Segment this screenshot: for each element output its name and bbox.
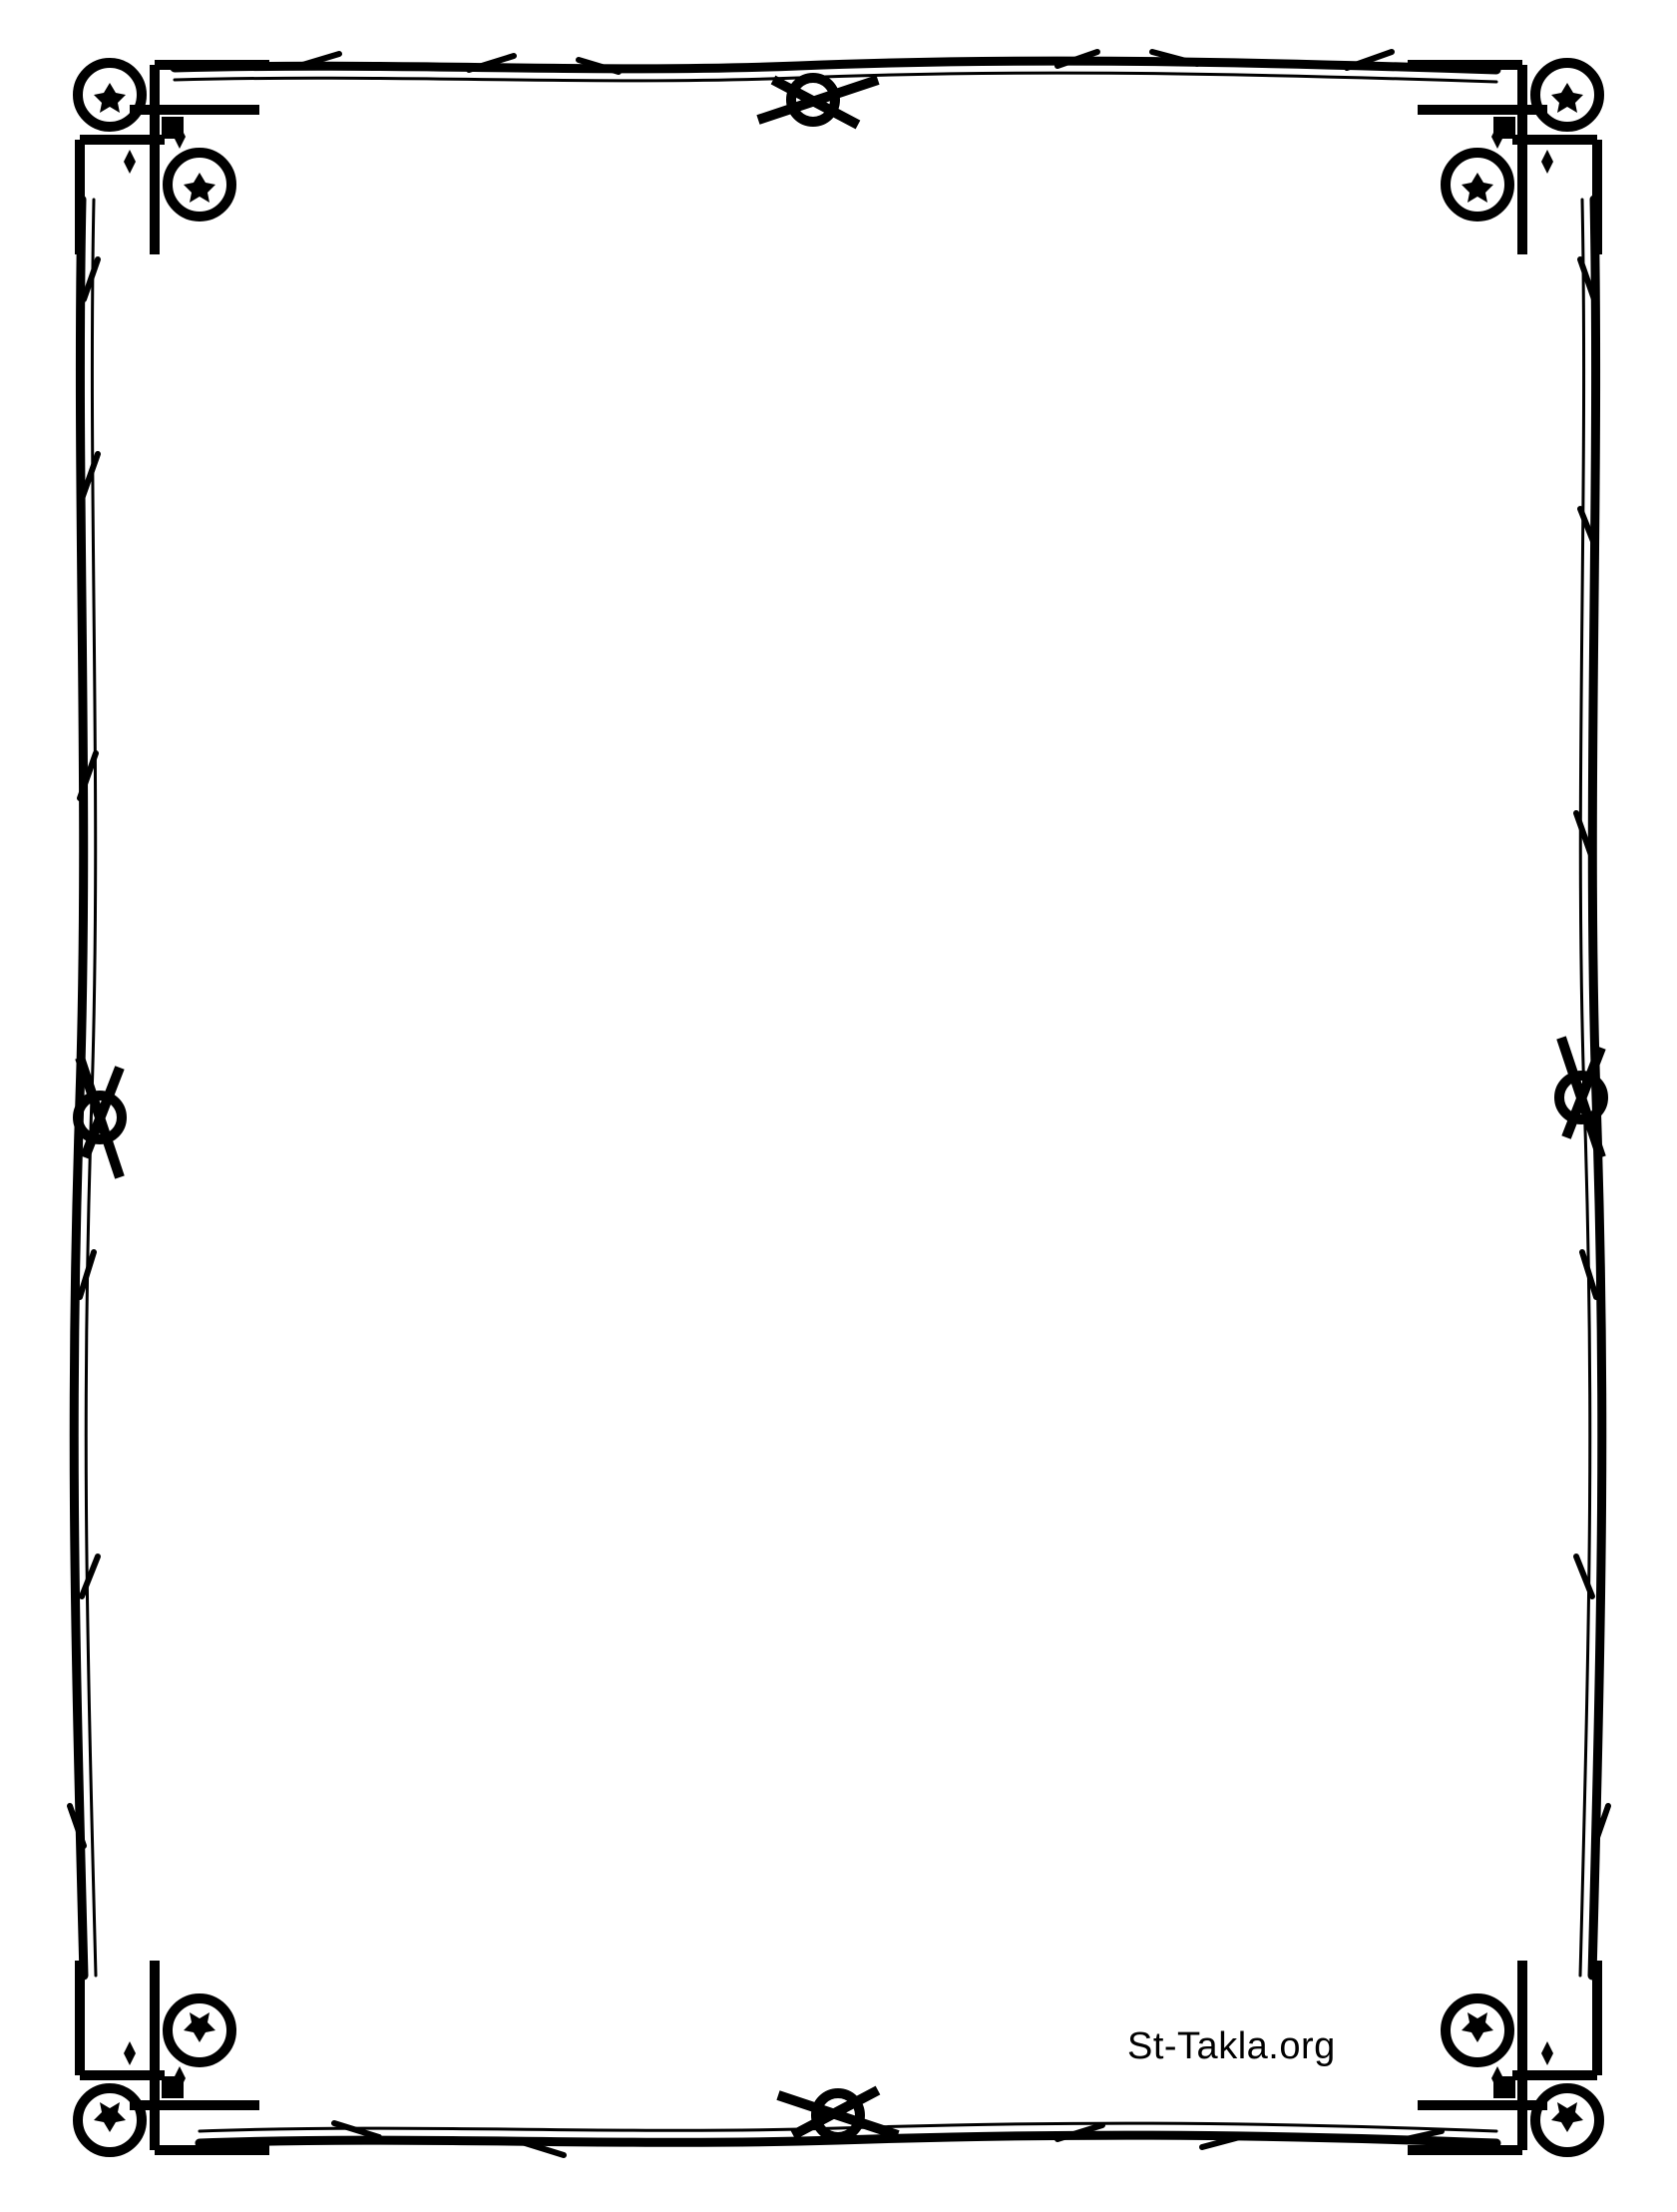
corner-knot-top-right bbox=[1408, 63, 1599, 254]
decorative-border-frame bbox=[0, 0, 1677, 2212]
knot-top-center bbox=[758, 78, 878, 125]
corner-knot-top-left bbox=[78, 63, 269, 254]
corner-knot-bottom-left bbox=[78, 1961, 269, 2152]
knot-bottom-center bbox=[778, 2090, 898, 2137]
knot-left-center bbox=[78, 1058, 122, 1177]
branch-thorns bbox=[70, 52, 1608, 2155]
branch-rails bbox=[74, 61, 1602, 2143]
site-watermark: St-Takla.org bbox=[1127, 2025, 1336, 2068]
corner-knot-bottom-right bbox=[1408, 1961, 1599, 2152]
